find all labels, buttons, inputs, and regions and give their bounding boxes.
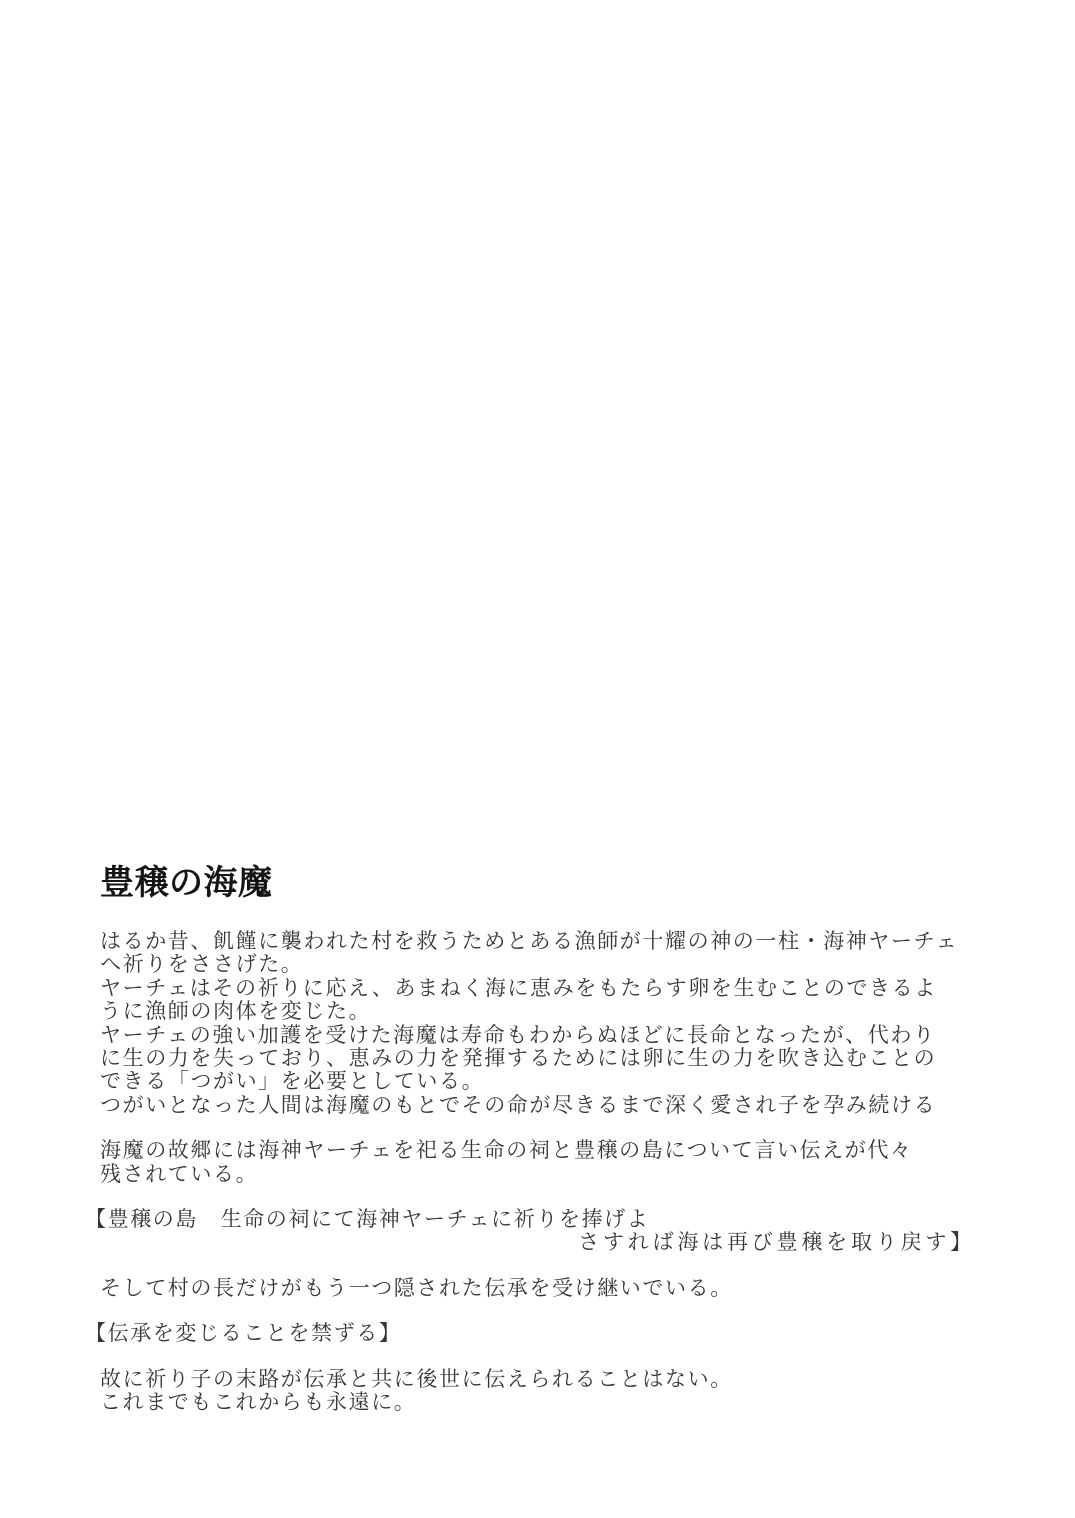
- paragraph-village-chief: そして村の長だけがもう一つ隠された伝承を受け継いでいる。: [100, 1277, 975, 1300]
- text-line: つがいとなった人間は海魔のもとでその命が尽きるまで深く愛され子を孕み続ける: [100, 1094, 975, 1117]
- text-line: 海魔の故郷には海神ヤーチェを祀る生命の祠と豊穣の島について言い伝えが代々: [100, 1139, 975, 1162]
- text-line: そして村の長だけがもう一つ隠された伝承を受け継いでいる。: [100, 1277, 975, 1300]
- paragraph-ending: 故に祈り子の末路が伝承と共に後世に伝えられることはない。 これまでもこれからも永…: [100, 1368, 975, 1415]
- text-line: ヤーチェはその祈りに応え、あまねく海に恵みをもたらす卵を生むことのできるよ: [100, 977, 975, 1000]
- quote-forbidden-lore: 【伝承を変じることを禁ずる】: [100, 1322, 975, 1345]
- quote-line: 【伝承を変じることを禁ずる】: [85, 1322, 975, 1345]
- paragraph-origin-story: はるか昔、飢饉に襲われた村を救うためとある漁師が十耀の神の一柱・海神ヤーチェ へ…: [100, 930, 975, 1117]
- scanned-document-page: 豊穣の海魔 はるか昔、飢饉に襲われた村を救うためとある漁師が十耀の神の一柱・海神…: [0, 0, 1075, 1518]
- text-column: 豊穣の海魔 はるか昔、飢饉に襲われた村を救うためとある漁師が十耀の神の一柱・海神…: [100, 866, 975, 1415]
- quote-line: 【豊穣の島 生命の祠にて海神ヤーチェに祈りを捧げよ: [85, 1208, 975, 1231]
- text-line: に生の力を失っており、恵みの力を発揮するためには卵に生の力を吹き込むことの: [100, 1047, 975, 1070]
- text-line: 故に祈り子の末路が伝承と共に後世に伝えられることはない。: [100, 1368, 975, 1391]
- text-line: うに漁師の肉体を変じた。: [100, 1000, 975, 1023]
- text-line: へ祈りをささげた。: [100, 953, 975, 976]
- page-title: 豊穣の海魔: [100, 866, 975, 902]
- text-line: ヤーチェの強い加護を受けた海魔は寿命もわからぬほどに長命となったが、代わり: [100, 1024, 975, 1047]
- paragraph-legend: 海魔の故郷には海神ヤーチェを祀る生命の祠と豊穣の島について言い伝えが代々 残され…: [100, 1139, 975, 1186]
- text-line: 残されている。: [100, 1163, 975, 1186]
- text-line: これまでもこれからも永遠に。: [100, 1391, 975, 1414]
- quote-line: さすれば海は再び豊穣を取り戻す】: [100, 1231, 975, 1254]
- text-line: できる「つがい」を必要としている。: [100, 1070, 975, 1093]
- quote-island-blessing: 【豊穣の島 生命の祠にて海神ヤーチェに祈りを捧げよ さすれば海は再び豊穣を取り戻…: [100, 1208, 975, 1255]
- text-line: はるか昔、飢饉に襲われた村を救うためとある漁師が十耀の神の一柱・海神ヤーチェ: [100, 930, 975, 953]
